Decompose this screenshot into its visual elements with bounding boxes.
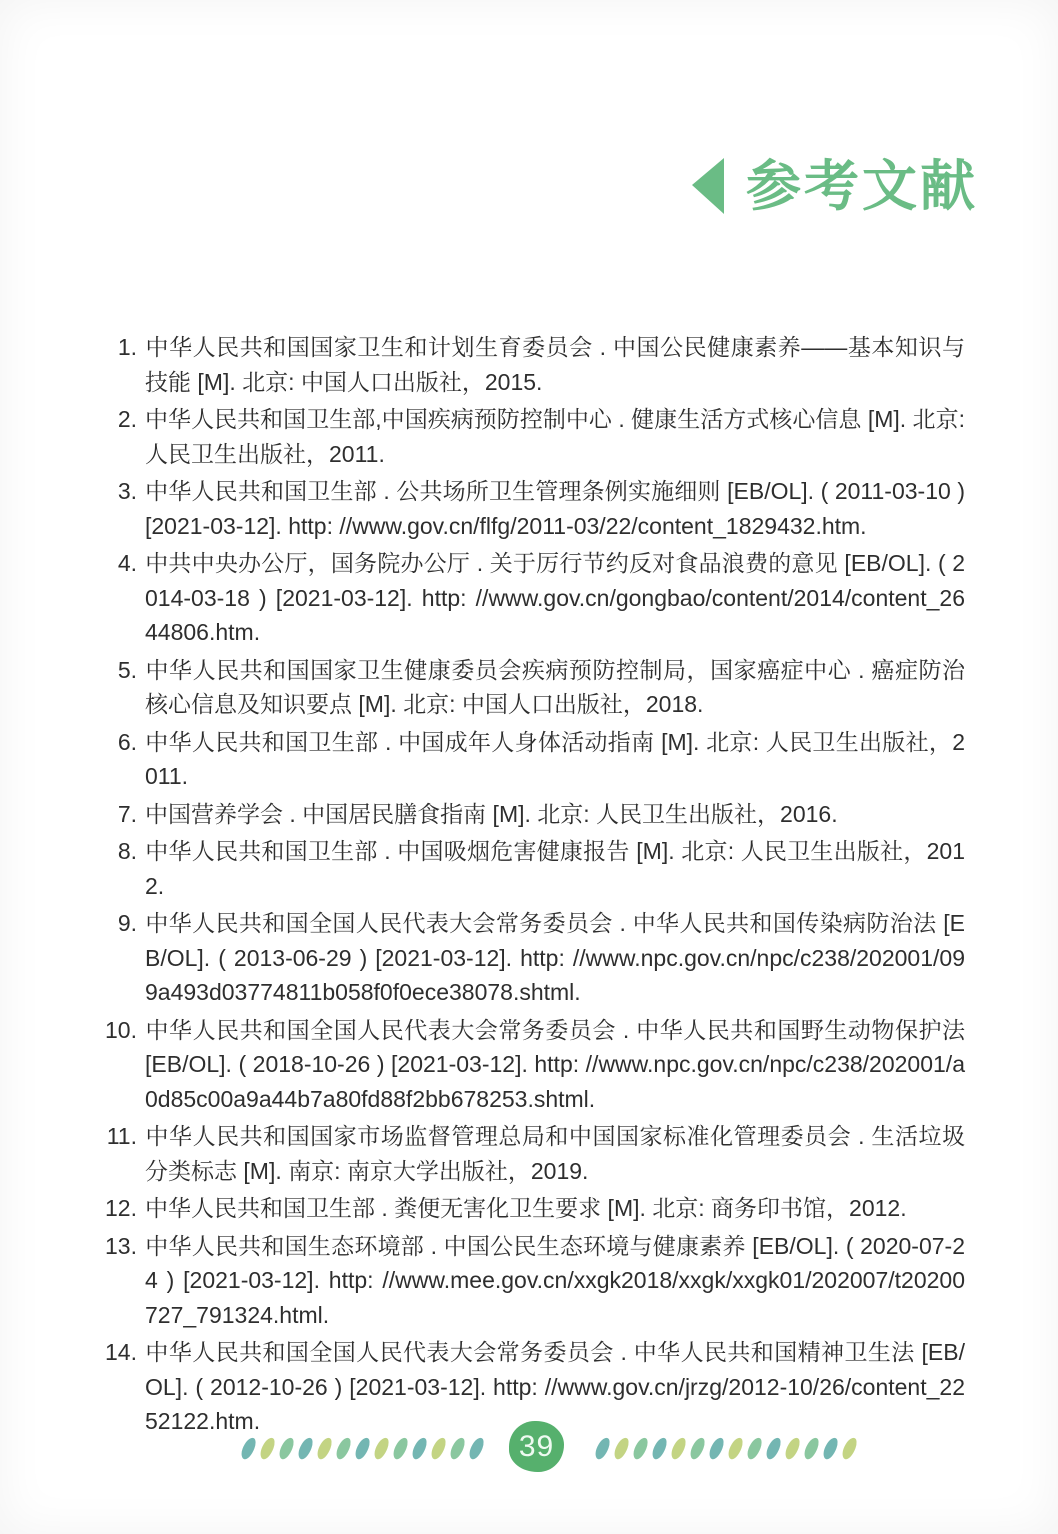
leaf-icon	[802, 1436, 820, 1461]
reference-text: 中华人民共和国全国人民代表大会常务委员会 . 中华人民共和国精神卫生法 [EB/…	[145, 1339, 965, 1434]
reference-item: 9.中华人民共和国全国人民代表大会常务委员会 . 中华人民共和国传染病防治法 […	[97, 906, 965, 1010]
leaf-icon	[669, 1436, 687, 1461]
reference-text: 中华人民共和国卫生部,中国疾病预防控制中心 . 健康生活方式核心信息 [M]. …	[145, 406, 965, 467]
leaf-icon	[391, 1436, 409, 1461]
page-title: 参考文献	[746, 159, 978, 214]
leaf-decoration-left	[243, 1437, 482, 1460]
leaf-icon	[296, 1436, 314, 1461]
leaf-icon	[239, 1436, 257, 1461]
document-page: 参考文献 1.中华人民共和国国家卫生和计划生育委员会 . 中国公民健康素养——基…	[0, 0, 1058, 1534]
reference-item: 5.中华人民共和国国家卫生健康委员会疾病预防控制局，国家癌症中心 . 癌症防治核…	[97, 653, 965, 722]
leaf-icon	[631, 1436, 649, 1461]
leaf-icon	[612, 1436, 630, 1461]
reference-item: 12.中华人民共和国卫生部 . 粪便无害化卫生要求 [M]. 北京: 商务印书馆…	[97, 1191, 965, 1226]
reference-text: 中华人民共和国国家卫生和计划生育委员会 . 中国公民健康素养——基本知识与技能 …	[145, 334, 965, 395]
reference-number: 5.	[97, 653, 137, 688]
leaf-icon	[840, 1436, 858, 1461]
reference-item: 4.中共中央办公厅，国务院办公厅 . 关于厉行节约反对食品浪费的意见 [EB/O…	[97, 546, 965, 650]
reference-text: 中华人民共和国国家市场监督管理总局和中国国家标准化管理委员会 . 生活垃圾分类标…	[145, 1123, 965, 1184]
leaf-decoration-right	[597, 1437, 855, 1460]
leaf-icon	[353, 1436, 371, 1461]
reference-number: 10.	[97, 1013, 137, 1048]
page-number: 39	[519, 1430, 554, 1464]
leaf-icon	[448, 1436, 466, 1461]
reference-list: 1.中华人民共和国国家卫生和计划生育委员会 . 中国公民健康素养——基本知识与技…	[97, 330, 965, 1442]
leaf-icon	[467, 1436, 485, 1461]
leaf-icon	[764, 1436, 782, 1461]
leaf-icon	[315, 1436, 333, 1461]
reference-number: 11.	[97, 1119, 137, 1154]
leaf-icon	[821, 1436, 839, 1461]
reference-text: 中华人民共和国卫生部 . 中国吸烟危害健康报告 [M]. 北京: 人民卫生出版社…	[145, 838, 965, 899]
page-number-badge: 39	[509, 1421, 564, 1472]
leaf-icon	[783, 1436, 801, 1461]
leaf-icon	[707, 1436, 725, 1461]
page-title-row: 参考文献	[692, 158, 978, 214]
reference-item: 2.中华人民共和国卫生部,中国疾病预防控制中心 . 健康生活方式核心信息 [M]…	[97, 402, 965, 471]
leaf-icon	[277, 1436, 295, 1461]
reference-number: 14.	[97, 1335, 137, 1370]
reference-number: 4.	[97, 546, 137, 581]
reference-text: 中华人民共和国国家卫生健康委员会疾病预防控制局，国家癌症中心 . 癌症防治核心信…	[145, 657, 965, 718]
reference-item: 10.中华人民共和国全国人民代表大会常务委员会 . 中华人民共和国野生动物保护法…	[97, 1013, 965, 1117]
reference-text: 中华人民共和国生态环境部 . 中国公民生态环境与健康素养 [EB/OL]. ( …	[145, 1233, 965, 1328]
leaf-icon	[688, 1436, 706, 1461]
leaf-icon	[334, 1436, 352, 1461]
leaf-icon	[410, 1436, 428, 1461]
reference-item: 3.中华人民共和国卫生部 . 公共场所卫生管理条例实施细则 [EB/OL]. (…	[97, 474, 965, 543]
reference-number: 7.	[97, 797, 137, 832]
reference-item: 8.中华人民共和国卫生部 . 中国吸烟危害健康报告 [M]. 北京: 人民卫生出…	[97, 834, 965, 903]
reference-text: 中共中央办公厅，国务院办公厅 . 关于厉行节约反对食品浪费的意见 [EB/OL]…	[145, 550, 965, 645]
leaf-icon	[429, 1436, 447, 1461]
reference-item: 13.中华人民共和国生态环境部 . 中国公民生态环境与健康素养 [EB/OL].…	[97, 1229, 965, 1333]
reference-text: 中华人民共和国卫生部 . 中国成年人身体活动指南 [M]. 北京: 人民卫生出版…	[145, 729, 965, 790]
reference-item: 7.中国营养学会 . 中国居民膳食指南 [M]. 北京: 人民卫生出版社，201…	[97, 797, 965, 832]
reference-text: 中华人民共和国全国人民代表大会常务委员会 . 中华人民共和国野生动物保护法 [E…	[145, 1017, 965, 1112]
reference-item: 1.中华人民共和国国家卫生和计划生育委员会 . 中国公民健康素养——基本知识与技…	[97, 330, 965, 399]
reference-text: 中华人民共和国卫生部 . 粪便无害化卫生要求 [M]. 北京: 商务印书馆，20…	[145, 1195, 907, 1221]
reference-number: 6.	[97, 725, 137, 760]
reference-text: 中华人民共和国卫生部 . 公共场所卫生管理条例实施细则 [EB/OL]. ( 2…	[145, 478, 965, 539]
reference-number: 2.	[97, 402, 137, 437]
leaf-icon	[372, 1436, 390, 1461]
reference-number: 1.	[97, 330, 137, 365]
reference-number: 13.	[97, 1229, 137, 1264]
reference-number: 8.	[97, 834, 137, 869]
reference-text: 中国营养学会 . 中国居民膳食指南 [M]. 北京: 人民卫生出版社，2016.	[145, 801, 838, 827]
leaf-icon	[745, 1436, 763, 1461]
reference-item: 6.中华人民共和国卫生部 . 中国成年人身体活动指南 [M]. 北京: 人民卫生…	[97, 725, 965, 794]
leaf-icon	[258, 1436, 276, 1461]
leaf-icon	[593, 1436, 611, 1461]
reference-number: 9.	[97, 906, 137, 941]
reference-item: 11.中华人民共和国国家市场监督管理总局和中国国家标准化管理委员会 . 生活垃圾…	[97, 1119, 965, 1188]
leaf-icon	[650, 1436, 668, 1461]
reference-text: 中华人民共和国全国人民代表大会常务委员会 . 中华人民共和国传染病防治法 [EB…	[145, 910, 965, 1005]
reference-number: 12.	[97, 1191, 137, 1226]
leaf-icon	[726, 1436, 744, 1461]
left-triangle-icon	[692, 158, 724, 214]
reference-number: 3.	[97, 474, 137, 509]
